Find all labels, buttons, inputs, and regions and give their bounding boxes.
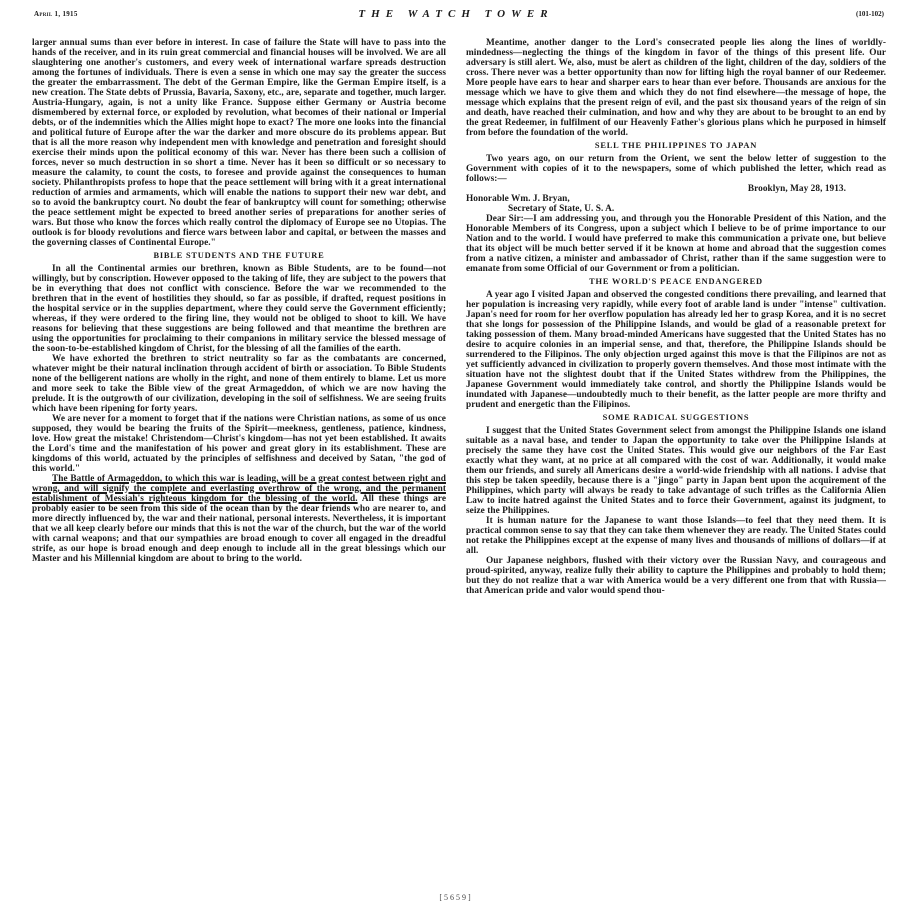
paragraph: We have exhorted the brethren to strict …	[32, 354, 446, 414]
paragraph: We are never for a moment to forget that…	[32, 414, 446, 474]
letter-dateline: Brooklyn, May 28, 1913.	[466, 184, 886, 194]
section-heading-sell-philippines: SELL THE PHILIPPINES TO JAPAN	[466, 141, 886, 151]
letter-addressee-name: Honorable Wm. J. Bryan,	[466, 194, 886, 204]
paragraph: I suggest that the United States Governm…	[466, 426, 886, 516]
paragraph-continuation: All these things are probably easier to …	[32, 494, 446, 564]
paragraph-armageddon: The Battle of Armageddon, to which this …	[32, 474, 446, 564]
page-numbers: (101-102)	[856, 10, 884, 18]
publication-title: THE WATCH TOWER	[0, 8, 912, 20]
page-footer-marker: [5659]	[0, 893, 912, 902]
page-header: April 1, 1915 THE WATCH TOWER (101-102)	[0, 8, 912, 22]
left-column: larger annual sums than ever before in i…	[32, 38, 446, 564]
paragraph: It is human nature for the Japanese to w…	[466, 516, 886, 556]
paragraph: Our Japanese neighbors, flushed with the…	[466, 556, 886, 596]
paragraph: In all the Continental armies our brethr…	[32, 264, 446, 354]
paragraph: Dear Sir:—I am addressing you, and throu…	[466, 214, 886, 274]
letter-addressee-title: Secretary of State, U. S. A.	[466, 204, 886, 214]
section-heading-bible-students: BIBLE STUDENTS AND THE FUTURE	[32, 251, 446, 261]
paragraph: Two years ago, on our return from the Or…	[466, 154, 886, 184]
section-heading-peace-endangered: THE WORLD'S PEACE ENDANGERED	[466, 277, 886, 287]
section-heading-radical-suggestions: SOME RADICAL SUGGESTIONS	[466, 413, 886, 423]
paragraph: A year ago I visited Japan and observed …	[466, 290, 886, 410]
right-column: Meantime, another danger to the Lord's c…	[466, 38, 886, 596]
paragraph: Meantime, another danger to the Lord's c…	[466, 38, 886, 138]
paragraph: larger annual sums than ever before in i…	[32, 38, 446, 248]
